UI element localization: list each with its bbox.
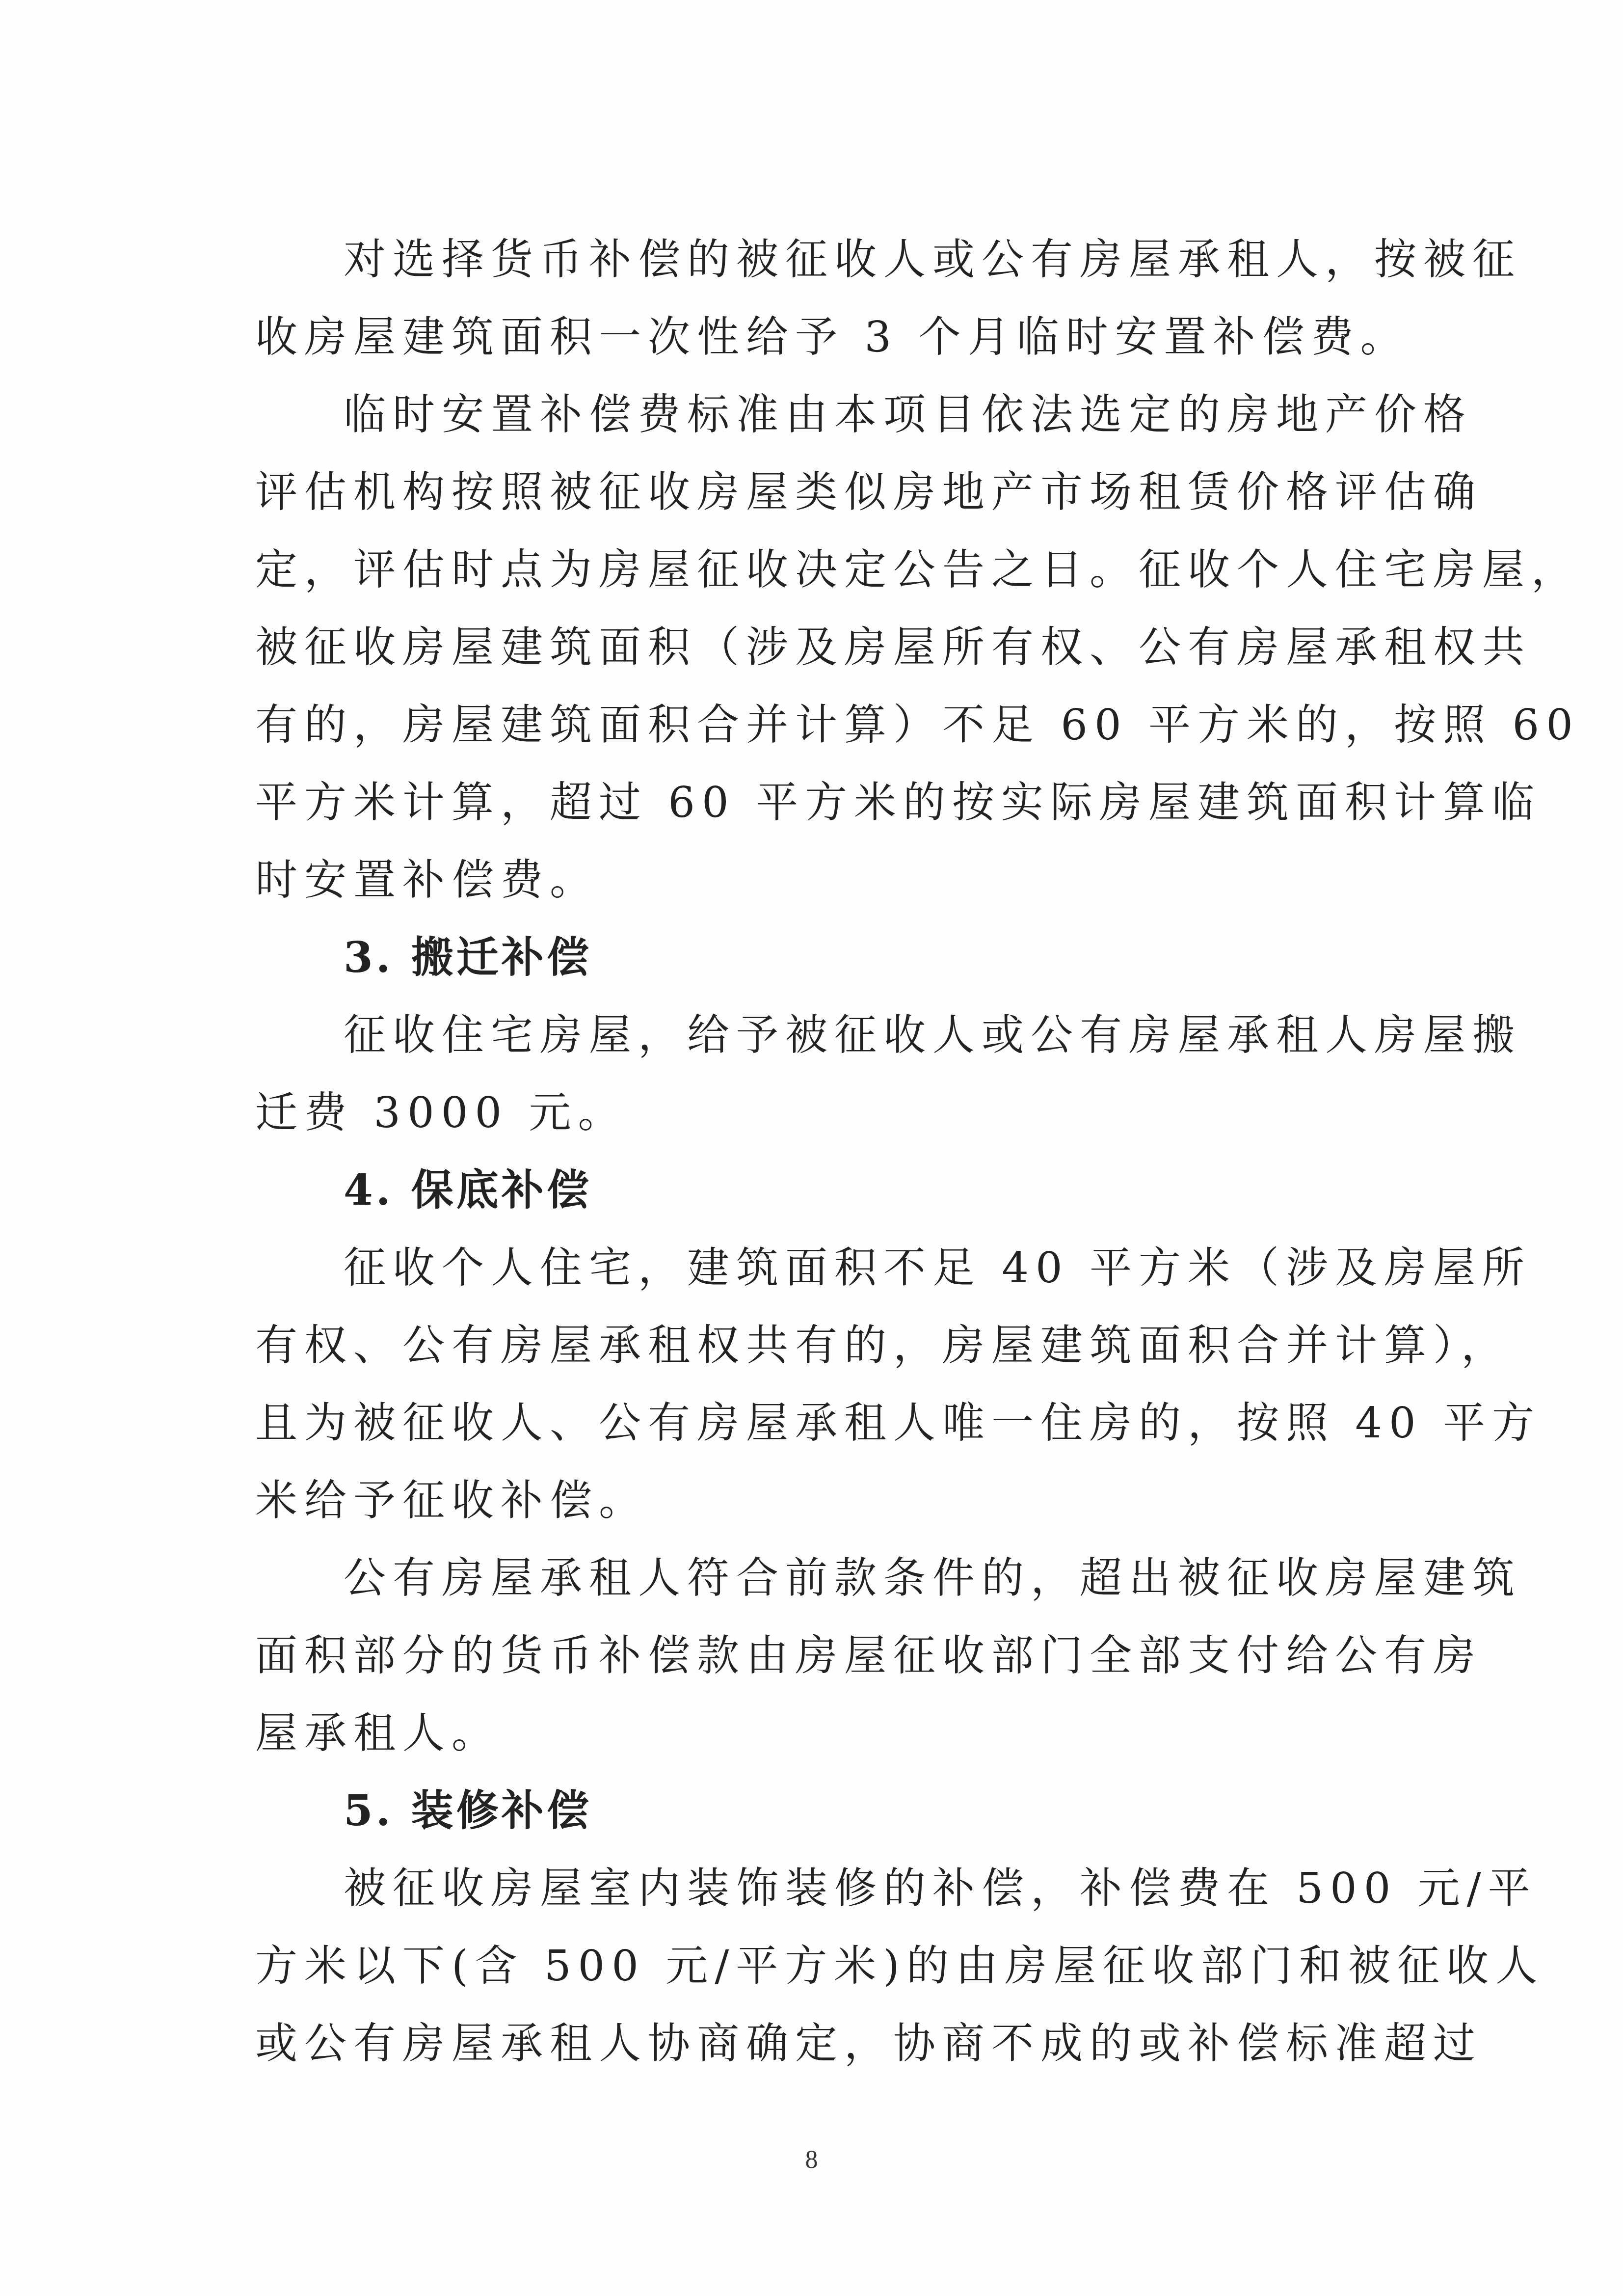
paragraph-line: 迁费 3000 元。	[255, 1074, 1389, 1152]
paragraph-line: 平方米计算，超过 60 平方米的按实际房屋建筑面积计算临	[255, 764, 1389, 841]
section-heading-relocation: 3. 搬迁补偿	[255, 919, 1389, 997]
paragraph-line: 或公有房屋承租人协商确定，协商不成的或补偿标准超过	[255, 2005, 1389, 2082]
paragraph-line: 米给予征收补偿。	[255, 1462, 1389, 1540]
paragraph-line: 有权、公有房屋承租权共有的，房屋建筑面积合并计算），	[255, 1307, 1389, 1384]
paragraph-line: 征收个人住宅，建筑面积不足 40 平方米（涉及房屋所	[255, 1229, 1389, 1307]
paragraph-line: 有的，房屋建筑面积合并计算）不足 60 平方米的，按照 60	[255, 686, 1389, 764]
paragraph-line: 临时安置补偿费标准由本项目依法选定的房地产价格	[255, 376, 1389, 454]
paragraph-line: 被征收房屋室内装饰装修的补偿，补偿费在 500 元/平	[255, 1850, 1389, 1927]
paragraph-line: 公有房屋承租人符合前款条件的，超出被征收房屋建筑	[255, 1540, 1389, 1617]
paragraph-line: 时安置补偿费。	[255, 841, 1389, 919]
paragraph-line: 且为被征收人、公有房屋承租人唯一住房的，按照 40 平方	[255, 1384, 1389, 1462]
paragraph-line: 对选择货币补偿的被征收人或公有房屋承租人，按被征	[255, 221, 1389, 298]
document-page: 对选择货币补偿的被征收人或公有房屋承租人，按被征 收房屋建筑面积一次性给予 3 …	[0, 0, 1623, 2296]
paragraph-line: 收房屋建筑面积一次性给予 3 个月临时安置补偿费。	[255, 298, 1389, 376]
paragraph-line: 定，评估时点为房屋征收决定公告之日。征收个人住宅房屋，	[255, 531, 1389, 609]
document-body: 对选择货币补偿的被征收人或公有房屋承租人，按被征 收房屋建筑面积一次性给予 3 …	[255, 221, 1389, 2082]
paragraph-line: 方米以下(含 500 元/平方米)的由房屋征收部门和被征收人	[255, 1927, 1389, 2005]
paragraph-line: 评估机构按照被征收房屋类似房地产市场租赁价格评估确	[255, 454, 1389, 531]
paragraph-line: 征收住宅房屋，给予被征收人或公有房屋承租人房屋搬	[255, 997, 1389, 1074]
page-number: 8	[0, 2145, 1623, 2174]
paragraph-line: 面积部分的货币补偿款由房屋征收部门全部支付给公有房	[255, 1617, 1389, 1695]
section-heading-minimum: 4. 保底补偿	[255, 1152, 1389, 1229]
paragraph-line: 被征收房屋建筑面积（涉及房屋所有权、公有房屋承租权共	[255, 609, 1389, 686]
paragraph-line: 屋承租人。	[255, 1695, 1389, 1772]
section-heading-decoration: 5. 装修补偿	[255, 1772, 1389, 1850]
